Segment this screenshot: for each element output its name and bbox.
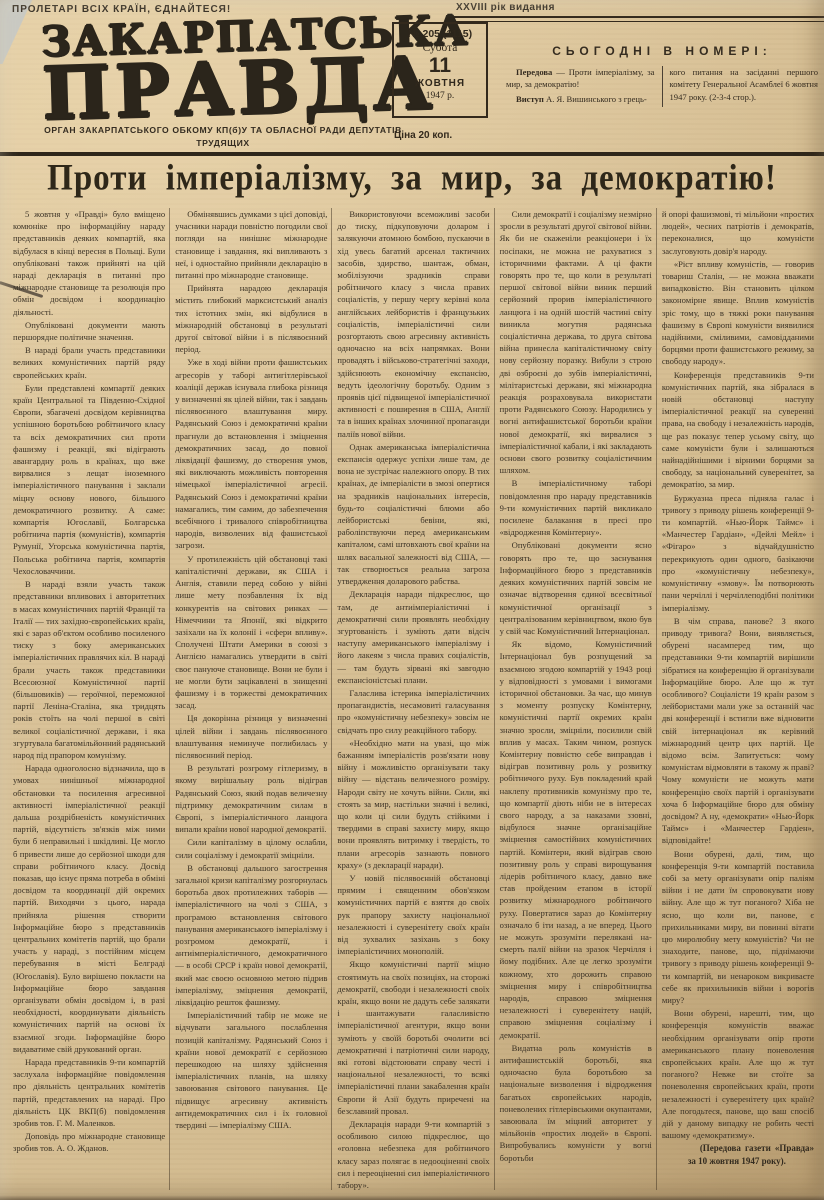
article-paragraph: Ця докорінна різниця у визначенні цілей … xyxy=(175,712,327,761)
article-paragraph: Як відомо, Комуністичний Інтернаціонал б… xyxy=(500,638,652,1041)
article-paragraph: Декларація наради підкреслює, що там, де… xyxy=(337,588,489,686)
article-paragraph: Конференція представників 9-ти комуністи… xyxy=(662,369,814,491)
article-paragraph: Якщо комуністичні партії міцно стоятимут… xyxy=(337,958,489,1117)
article-paragraph: Декларація наради 9-ти компартій з особл… xyxy=(337,1118,489,1190)
article-paragraph: Опубліковані документи мають першорядне … xyxy=(13,319,165,343)
article-paragraph: В результаті розгрому гітлеризму, в яком… xyxy=(175,762,327,835)
today-item-text: кого питання на засіданні першого коміте… xyxy=(670,67,819,102)
article-paragraph: «Ріст впливу комуністів, — говорив товар… xyxy=(662,258,814,368)
issue-number: № 205 (1115) xyxy=(394,28,486,40)
article-paragraph: В нараді брали участь представники велик… xyxy=(13,344,165,381)
today-item-continuation: кого питання на засіданні першого коміте… xyxy=(670,66,819,103)
article-paragraph: В обстановці дальшого загострення загаль… xyxy=(175,862,327,1008)
article-column: Обмінявшись думками з цієї доповіді, уча… xyxy=(169,208,331,1190)
issue-weekday: Субота xyxy=(394,42,486,54)
article-paragraph: Сили демократії і соціалізму незмірно зр… xyxy=(500,208,652,476)
today-item: Передова — Проти імперіалізму, за мир, з… xyxy=(506,66,655,91)
article-paragraph: Нарада представників 9-ти компартій засл… xyxy=(13,1056,165,1129)
article-paragraph: 5 жовтня у «Правді» було вміщено комюнік… xyxy=(13,208,165,318)
scan-edge-artifact xyxy=(0,1195,824,1200)
organ-subtitle: ОРГАН ЗАКАРПАТСЬКОГО ОБКОМУ КП(б)У ТА ОБ… xyxy=(28,124,418,150)
article-paragraph: Вони обурені, нарешті, тим, що конференц… xyxy=(662,1007,814,1141)
article-paragraph: Буржуазна преса підняла галас і тривогу … xyxy=(662,492,814,614)
article-paragraph: Уже в ході війни проти фашистських агрес… xyxy=(175,356,327,551)
today-item-lead: Виступ xyxy=(516,94,544,104)
article-paragraph: В чім справа, панове? З якого приводу тр… xyxy=(662,615,814,847)
today-heading: СЬОГОДНІ В НОМЕРІ: xyxy=(506,44,818,58)
article-paragraph: Нарада одноголосно відзначила, що в умов… xyxy=(13,762,165,1055)
article-columns: 5 жовтня у «Правді» було вміщено комюнік… xyxy=(8,208,818,1190)
newspaper-title: ЗАКАРПАТСЬКА ПРАВДА xyxy=(41,11,414,129)
header-divider xyxy=(452,16,824,22)
today-item-lead: Передова xyxy=(516,67,552,77)
article-paragraph: У протилежність цій обстановці такі капі… xyxy=(175,553,327,712)
today-item: Виступ А. Я. Вишинського з грець- xyxy=(506,93,655,105)
article-paragraph: Сили капіталізму в цілому ослабли, сили … xyxy=(175,836,327,860)
issue-month: ЖОВТНЯ xyxy=(394,78,486,89)
article-paragraph: «Необхідно мати на увазі, що між бажання… xyxy=(337,737,489,871)
edition-year: XXVIII рік видання xyxy=(456,2,555,13)
article-paragraph: Опубліковані документи ясно говорять про… xyxy=(500,539,652,637)
article-column: Сили демократії і соціалізму незмірно зр… xyxy=(494,208,656,1190)
article-paragraph: В імперіалістичному таборі повідомлення … xyxy=(500,477,652,538)
price-label: Ціна 20 коп. xyxy=(394,130,452,141)
article-paragraph: Імперіалістичний табір не може не відчув… xyxy=(175,1009,327,1131)
article-paragraph: Прийнята нарадою декларація містить глиб… xyxy=(175,282,327,355)
article-paragraph: Використовуючи всеможливі засоби до тиск… xyxy=(337,208,489,440)
newspaper-page: ПРОЛЕТАРІ ВСІХ КРАЇН, ЄДНАЙТЕСЯ! XXVIII … xyxy=(0,0,824,1200)
issue-year: 1947 р. xyxy=(394,91,486,101)
today-right-column: кого питання на засіданні першого коміте… xyxy=(662,66,819,107)
article-paragraph: В нараді взяли участь також представники… xyxy=(13,578,165,761)
today-in-issue: СЬОГОДНІ В НОМЕРІ: Передова — Проти імпе… xyxy=(506,44,818,107)
article-paragraph: Вони обурені, далі, тим, що конференція … xyxy=(662,848,814,1007)
article-column: й опорі фашизмові, ті мільйони «простих … xyxy=(656,208,818,1190)
main-headline: Проти імперіалізму, за мир, за демократі… xyxy=(0,158,824,199)
issue-day: 11 xyxy=(394,55,486,76)
article-paragraph: Однак американська імперіалістична експа… xyxy=(337,441,489,587)
article-paragraph: Галаслива істерика імперіалістичних проп… xyxy=(337,687,489,736)
today-item-text: А. Я. Вишинського з грець- xyxy=(544,94,647,104)
article-column: Використовуючи всеможливі засоби до тиск… xyxy=(331,208,493,1190)
article-paragraph: Видатна роль комуністів в антифашистські… xyxy=(500,1042,652,1164)
title-line-2: ПРАВДА xyxy=(42,50,414,129)
masthead-rule xyxy=(0,152,824,156)
article-paragraph: Доповідь про міжнародне становище зробив… xyxy=(13,1130,165,1154)
article-attribution: (Передова газети «Правда» за 10 жовтня 1… xyxy=(662,1142,814,1166)
article-column: 5 жовтня у «Правді» було вміщено комюнік… xyxy=(8,208,169,1190)
article-paragraph: У новій післявоєнній обстановці прямим і… xyxy=(337,872,489,957)
issue-date-box: № 205 (1115) Субота 11 ЖОВТНЯ 1947 р. xyxy=(392,22,488,118)
article-paragraph: Обмінявшись думками з цієї доповіді, уча… xyxy=(175,208,327,281)
article-paragraph: й опорі фашизмові, ті мільйони «простих … xyxy=(662,208,814,257)
article-paragraph: Були представлені компартії деяких країн… xyxy=(13,382,165,577)
today-left-column: Передова — Проти імперіалізму, за мир, з… xyxy=(506,66,662,107)
